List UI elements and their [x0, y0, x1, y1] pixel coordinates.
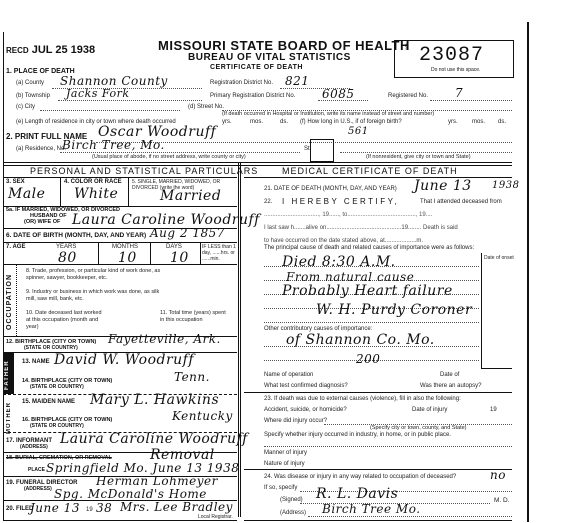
mother-birthplace-value: Kentucky: [172, 409, 233, 423]
marital-status-value: Married: [160, 188, 221, 204]
page-title: MISSOURI STATE BOARD OF HEALTH: [158, 38, 410, 53]
contributory-cause-value: of Shannon Co. Mo.: [286, 332, 435, 348]
right-border: [527, 22, 529, 522]
occupation-side-label: OCCUPATION: [6, 270, 13, 330]
birthplace-value: Fayetteville, Ark.: [108, 332, 221, 346]
occupation-related-answer: no: [490, 468, 506, 482]
ward-box: [310, 139, 334, 162]
cause-line-2: From natural cause: [286, 270, 414, 284]
father-side-label: FATHER: [4, 356, 10, 390]
left-border: [3, 32, 4, 520]
bureau-title: BUREAU OF VITAL STATISTICS: [188, 52, 351, 63]
mother-side-label: MOTHER: [6, 398, 12, 434]
personal-section-heading: PERSONAL AND STATISTICAL PARTICULARS: [30, 166, 258, 176]
cause-line-1: Died 8:30 A.M.: [282, 254, 396, 270]
received-stamp: RECD JUL 25 1938: [6, 44, 95, 56]
county-value: Shannon County: [60, 74, 168, 88]
burial-place-value: Springfield Mo. June 13 1938: [46, 461, 239, 475]
residence-value: Birch Tree, Mo.: [62, 138, 165, 152]
sex-value: Male: [8, 186, 45, 202]
file-number-box: § 23087 Do not use this space.: [394, 40, 514, 78]
physician-address: Birch Tree Mo.: [322, 502, 421, 516]
registrar-value: Mrs. Lee Bradley: [120, 500, 233, 514]
mother-name-value: Mary L. Hawkins: [90, 392, 219, 408]
funeral-director-value: Herman Lohmeyer: [96, 474, 218, 488]
filed-year-value: 38: [96, 501, 112, 515]
cause-line-4: W. H. Purdy Coroner: [316, 302, 472, 318]
funeral-director-address: Spg. McDonald's Home: [54, 487, 207, 501]
registration-district-value: 821: [285, 74, 309, 88]
father-name-value: David W. Woodruff: [54, 352, 194, 368]
medical-section-heading: MEDICAL CERTIFICATE OF DEATH: [282, 166, 458, 176]
cause-line-3: Probably Heart failure: [282, 283, 453, 299]
primary-district-value: 6085: [322, 87, 355, 101]
informant-value: Laura Caroline Woodruff: [60, 431, 248, 447]
date-of-birth-value: Aug 2 1857: [150, 226, 225, 240]
township-value: Jacks Fork: [66, 87, 130, 100]
date-of-death-value: June 13: [414, 178, 472, 194]
father-birthplace-value: Tenn.: [174, 370, 210, 384]
physician-signature: R. L. Davis: [316, 486, 398, 502]
registered-number-value: 7: [455, 86, 463, 100]
certificate-title: CERTIFICATE OF DEATH: [210, 64, 303, 71]
race-value: White: [74, 186, 118, 202]
filed-date-value: June 13: [30, 501, 80, 515]
date-of-death-year: 1938: [492, 180, 519, 191]
file-number: 23087: [419, 44, 484, 67]
